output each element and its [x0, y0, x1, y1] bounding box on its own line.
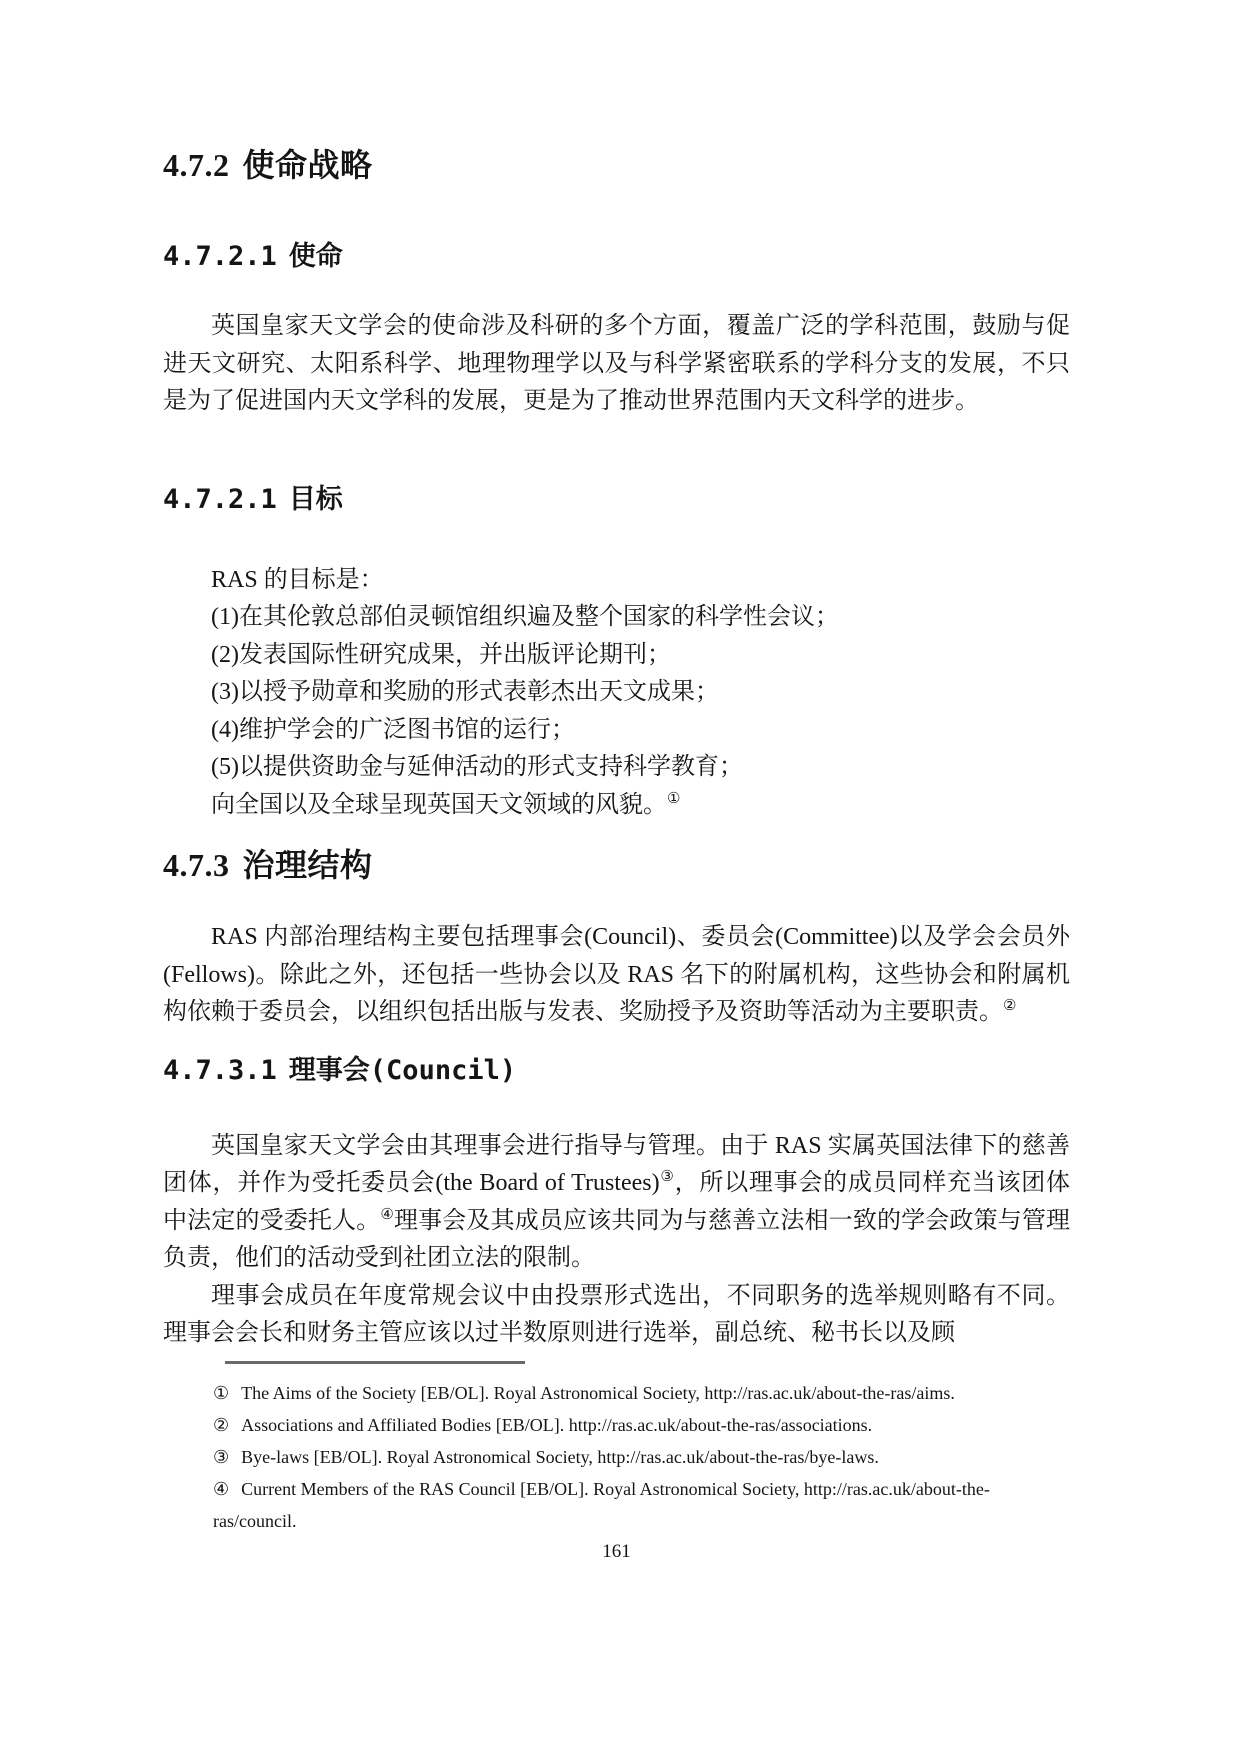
- footnotes-section: ①The Aims of the Society [EB/OL]. Royal …: [213, 1377, 1060, 1537]
- heading-title: 理事会(Council): [289, 1055, 516, 1086]
- page-number: 161: [163, 1541, 1070, 1563]
- footnote-item: ②Associations and Affiliated Bodies [EB/…: [213, 1409, 1060, 1441]
- footnote-marker: ③: [213, 1447, 229, 1467]
- goal-item-4: (4)维护学会的广泛图书馆的运行；: [211, 712, 1070, 750]
- footnote-item: ③Bye-laws [EB/OL]. Royal Astronomical So…: [213, 1441, 1060, 1473]
- heading-governance-structure: 4.7.3治理结构: [163, 846, 1070, 884]
- heading-number: 4.7.3.1: [163, 1055, 277, 1086]
- heading-council: 4.7.3.1理事会(Council): [163, 1054, 1070, 1088]
- footnote-text: Associations and Affiliated Bodies [EB/O…: [241, 1415, 872, 1435]
- heading-mission-strategy: 4.7.2使命战略: [163, 146, 1070, 184]
- heading-title: 目标: [289, 484, 343, 515]
- document-page: 4.7.2使命战略 4.7.2.1使命 英国皇家天文学会的使命涉及科研的多个方面…: [0, 0, 1240, 1753]
- footnote-separator: [225, 1361, 525, 1364]
- footnote-ref-3: ③: [660, 1169, 675, 1185]
- paragraph-council: 英国皇家天文学会由其理事会进行指导与管理。由于 RAS 实属英国法律下的慈善团体…: [163, 1128, 1070, 1278]
- heading-number: 4.7.2.1: [163, 241, 277, 272]
- footnote-marker: ④: [213, 1479, 229, 1499]
- heading-title: 使命: [289, 241, 343, 272]
- goals-tail-text: 向全国以及全球呈现英国天文领域的风貌。: [211, 792, 667, 818]
- paragraph-governance: RAS 内部治理结构主要包括理事会(Council)、委员会(Committee…: [163, 919, 1070, 1032]
- goals-intro: RAS 的目标是：: [211, 562, 1070, 600]
- goal-item-5: (5)以提供资助金与延伸活动的形式支持科学教育；: [211, 749, 1070, 787]
- heading-number: 4.7.2: [163, 147, 230, 183]
- heading-title: 治理结构: [243, 847, 373, 883]
- governance-text: RAS 内部治理结构主要包括理事会(Council)、委员会(Committee…: [163, 924, 1070, 1025]
- heading-mission: 4.7.2.1使命: [163, 240, 1070, 274]
- goal-item-2: (2)发表国际性研究成果，并出版评论期刊；: [211, 637, 1070, 675]
- heading-number: 4.7.3: [163, 847, 230, 883]
- footnote-ref-4: ④: [380, 1207, 394, 1223]
- footnote-ref-1: ①: [667, 791, 680, 807]
- footnote-text: Current Members of the RAS Council [EB/O…: [213, 1479, 990, 1531]
- heading-title: 使命战略: [243, 147, 373, 183]
- footnote-item: ④Current Members of the RAS Council [EB/…: [213, 1473, 1060, 1537]
- footnote-marker: ①: [213, 1383, 229, 1403]
- paragraph-mission: 英国皇家天文学会的使命涉及科研的多个方面，覆盖广泛的学科范围，鼓励与促进天文研究…: [163, 308, 1070, 421]
- heading-goals: 4.7.2.1目标: [163, 483, 1070, 517]
- goals-tail: 向全国以及全球呈现英国天文领域的风貌。①: [211, 787, 1070, 825]
- goals-list: RAS 的目标是： (1)在其伦敦总部伯灵顿馆组织遍及整个国家的科学性会议； (…: [163, 562, 1070, 825]
- goal-item-1: (1)在其伦敦总部伯灵顿馆组织遍及整个国家的科学性会议；: [211, 599, 1070, 637]
- footnote-ref-2: ②: [1003, 998, 1016, 1014]
- footnote-marker: ②: [213, 1415, 229, 1435]
- paragraph-election: 理事会成员在年度常规会议中由投票形式选出，不同职务的选举规则略有不同。理事会会长…: [163, 1278, 1070, 1353]
- footnote-text: The Aims of the Society [EB/OL]. Royal A…: [241, 1383, 955, 1403]
- heading-number: 4.7.2.1: [163, 484, 277, 515]
- goal-item-3: (3)以授予勋章和奖励的形式表彰杰出天文成果；: [211, 674, 1070, 712]
- footnote-item: ①The Aims of the Society [EB/OL]. Royal …: [213, 1377, 1060, 1409]
- footnote-text: Bye-laws [EB/OL]. Royal Astronomical Soc…: [241, 1447, 879, 1467]
